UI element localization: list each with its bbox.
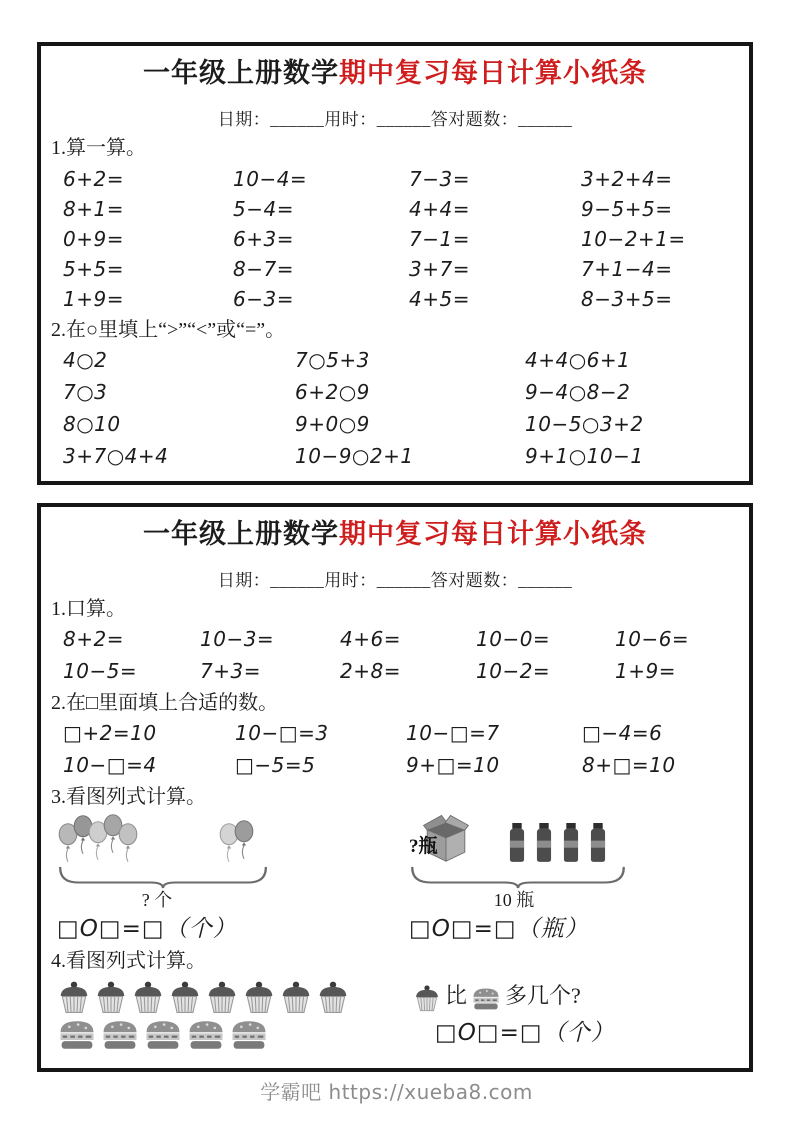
worksheet-card-1: 一年级上册数学期中复习每日计算小纸条 日期：______用时：______答对题… [37,42,753,485]
worksheet-title: 一年级上册数学期中复习每日计算小纸条 [47,56,743,90]
box-figure: ?瓶 [409,811,483,863]
math-problem: 9−5+5= [581,194,743,224]
math-problem: 1+9= [615,655,743,687]
math-problem: 4○2 [63,344,295,376]
section-heading-picture-1: 3.看图列式计算。 [51,783,743,811]
math-problem: 7○3 [63,376,295,408]
math-problem: 8○10 [63,408,295,440]
food-figure [57,977,409,1051]
balloon-problem: ? 个 □O□=□（个） [57,813,409,945]
math-problem: 3+2+4= [581,164,743,194]
math-problem: 9−4○8−2 [525,376,743,408]
math-problem: 9+□=10 [406,749,582,781]
math-problem: 7−1= [409,224,581,254]
balloon-pair [218,820,248,863]
equation-blank: □O□=□（个） [409,1017,743,1049]
math-problem: 7−3= [409,164,581,194]
math-problem: 3+7○4+4 [63,440,295,472]
hamburger-icon [100,1018,140,1051]
hamburger-icon [471,986,501,1011]
math-problem: 8−3+5= [581,284,743,314]
bottle-problem: ?瓶 10 瓶 □O□=□（瓶） [409,813,743,945]
math-problem: 10−9○2+1 [295,440,525,472]
math-problem: 10−4= [233,164,409,194]
title-topic: 期中复习每日计算小纸条 [339,58,647,88]
compare-question: 比多几个? [409,979,743,1013]
watermark: 学霸吧 https://xueba8.com [0,1076,793,1105]
cupcake-icon [413,984,441,1012]
cupcake-icon [279,980,313,1014]
math-problem: 4+4= [409,194,581,224]
cupcake-icon [316,980,350,1014]
brace-label: 10 瓶 [409,889,619,911]
hamburger-icon [186,1018,226,1051]
cupcake-row [57,977,409,1014]
cupcake-icon [131,980,165,1014]
math-problem: 9+1○10−1 [525,440,743,472]
math-problem: 6−3= [233,284,409,314]
math-problem: 10−2+1= [581,224,743,254]
math-problem: 7+1−4= [581,254,743,284]
section-heading-compare: 2.在○里填上“>”“<”或“=”。 [51,316,743,344]
brace-label: ? 个 [57,889,257,911]
equation-blank: □O□=□（瓶） [409,913,743,945]
math-problem: 4+5= [409,284,581,314]
math-problem: 5+5= [63,254,233,284]
bottles-figure: ?瓶 [409,813,743,863]
math-problem: 8+□=10 [582,749,743,781]
math-problem: 0+9= [63,224,233,254]
math-problem: 5−4= [233,194,409,224]
bottle-icon [586,823,610,863]
problem-grid-oral: 8+2=10−3=4+6=10−0=10−6=10−5=7+3=2+8=10−2… [47,623,743,687]
math-problem: 10−6= [615,623,743,655]
cupcake-icon [57,980,91,1014]
math-problem: 4+6= [340,623,476,655]
math-problem: 10−2= [476,655,615,687]
math-problem: 10−5○3+2 [525,408,743,440]
math-problem: □−5=5 [235,749,406,781]
math-problem: 7○5+3 [295,344,525,376]
section-heading-picture-2: 4.看图列式计算。 [51,947,743,975]
problem-grid-fill-box: □+2=1010−□=310−□=7□−4=610−□=4□−5=59+□=10… [47,717,743,781]
compare-question-text: 多几个? [505,983,581,1008]
math-problem: 9+0○9 [295,408,525,440]
compare-problem: 比多几个? □O□=□（个） [409,977,743,1049]
box-label: ?瓶 [409,831,438,858]
title-course: 一年级上册数学 [143,58,339,88]
bottle-icon [532,823,556,863]
math-problem: 10−0= [476,623,615,655]
meta-line: 日期：______用时：______答对题数：______ [47,569,743,593]
math-problem: 8+1= [63,194,233,224]
section-heading-oral: 1.口算。 [51,595,743,623]
section-heading-fill-box: 2.在□里面填上合适的数。 [51,689,743,717]
bottle-icon [559,823,583,863]
problem-grid-compare: 4○27○5+34+4○6+17○36+2○99−4○8−28○109+0○91… [47,344,743,472]
math-problem: 8−7= [233,254,409,284]
balloons-figure [57,813,409,863]
bottles-group [505,823,610,863]
math-problem: 10−□=3 [235,717,406,749]
balloon-icon [117,823,139,863]
title-topic: 期中复习每日计算小纸条 [339,519,647,549]
hamburger-icon [143,1018,183,1051]
cupcake-icon [205,980,239,1014]
burger-row [57,1014,409,1051]
section-heading-calculate: 1.算一算。 [51,134,743,162]
title-course: 一年级上册数学 [143,519,339,549]
cupcake-icon [94,980,128,1014]
math-problem: 6+3= [233,224,409,254]
math-problem: 6+2= [63,164,233,194]
math-problem: 3+7= [409,254,581,284]
problem-grid-calculate: 6+2=10−4=7−3=3+2+4=8+1=5−4=4+4=9−5+5=0+9… [47,164,743,314]
balloon-icon [233,820,255,860]
bottle-icon [505,823,529,863]
underbrace-icon [409,865,627,889]
picture-problem-row-1: ? 个 □O□=□（个） ?瓶 10 瓶 □O□=□（瓶） [47,813,743,945]
picture-problem-row-2: 比多几个? □O□=□（个） [47,977,743,1051]
math-problem: 6+2○9 [295,376,525,408]
equation-blank: □O□=□（个） [57,913,409,945]
math-problem: 1+9= [63,284,233,314]
math-problem: 10−5= [63,655,200,687]
cupcake-icon [242,980,276,1014]
cupcake-icon [168,980,202,1014]
math-problem: 2+8= [340,655,476,687]
math-problem: 8+2= [63,623,200,655]
meta-line: 日期：______用时：______答对题数：______ [47,108,743,132]
hamburger-icon [57,1018,97,1051]
hamburger-icon [229,1018,269,1051]
worksheet-card-2: 一年级上册数学期中复习每日计算小纸条 日期：______用时：______答对题… [37,503,753,1072]
compare-word: 比 [445,983,467,1008]
balloon-cluster [57,814,132,863]
math-problem: 10−□=4 [63,749,235,781]
math-problem: □−4=6 [582,717,743,749]
math-problem: □+2=10 [63,717,235,749]
math-problem: 10−3= [200,623,340,655]
underbrace-icon [57,865,269,889]
worksheet-title: 一年级上册数学期中复习每日计算小纸条 [47,517,743,551]
math-problem: 7+3= [200,655,340,687]
math-problem: 10−□=7 [406,717,582,749]
math-problem: 4+4○6+1 [525,344,743,376]
